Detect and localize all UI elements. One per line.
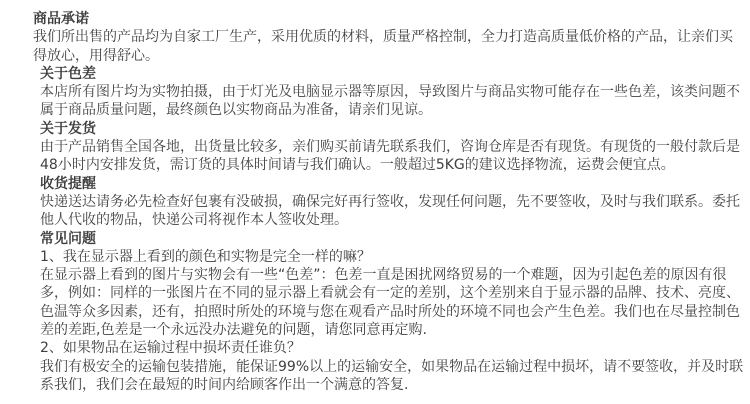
paragraph-line: 快递送达请务必先检查好包裹有没破损，确保完好再行签收，发现任何问题，先不要签收，… [40, 193, 730, 211]
paragraph-line: 他人代收的物品，快递公司将视作本人签收处理。 [40, 211, 730, 229]
paragraph-line: 我们所出售的产品均为自家工厂生产，采用优质的材料，质量严格控制，全力打造高质量低… [33, 28, 730, 46]
paragraph-line: 属于商品质量问题，最终颜色以实物商品为准备，请亲们见谅。 [40, 101, 730, 119]
section-receiving-reminder: 收货提醒 快递送达请务必先检查好包裹有没破损，确保完好再行签收，发现任何问题，先… [0, 175, 750, 230]
faq-question-2: 2、如果物品在运输过程中损坏责任谁负？ [40, 339, 730, 357]
faq-answer-1-line: 在显示器上看到的图片与实物会有一些“色差”：色差一直是困扰网络贸易的一个难题，因… [40, 266, 730, 284]
section-heading: 常见问题 [40, 230, 730, 248]
faq-answer-1-line: 色温等众多因素，还有，拍照时所处的环境与您在观看产品时所处的环境不同也会产生色差… [40, 303, 730, 321]
section-heading: 收货提醒 [40, 175, 730, 193]
faq-answer-2-line: 我们有极安全的运输包装措施，能保证99%以上的运输安全，如果物品在运输过程中损坏… [40, 358, 730, 376]
paragraph-line: 由于产品销售全国各地，出货量比较多，亲们购买前请先联系我们，咨询仓库是否有现货。… [40, 138, 730, 156]
section-heading: 关于发货 [40, 120, 730, 138]
faq-answer-2-line: 系我们，我们会在最短的时间内给顾客作出一个满意的答复. [40, 376, 730, 394]
section-shipping: 关于发货 由于产品销售全国各地，出货量比较多，亲们购买前请先联系我们，咨询仓库是… [0, 120, 750, 175]
faq-answer-1-line: 差的差距,色差是一个永远没办法避免的问题，请您同意再定购. [40, 321, 730, 339]
paragraph-line: 48小时内安排发货，需订货的具体时间请与我们确认。一般超过5KG的建议选择物流，… [40, 156, 730, 174]
paragraph-line: 本店所有图片均为实物拍摄，由于灯光及电脑显示器等原因，导致图片与商品实物可能存在… [40, 83, 730, 101]
faq-answer-1-line: 多，例如：同样的一张图片在不同的显示器上看就会有一定的差别，这个差别来自于显示器… [40, 284, 730, 302]
paragraph-line: 得放心，用得舒心。 [33, 47, 730, 65]
faq-question-1: 1、我在显示器上看到的颜色和实物是完全一样的嘛？ [40, 248, 730, 266]
section-heading: 关于色差 [40, 65, 730, 83]
section-heading: 商品承诺 [33, 10, 730, 28]
section-color-difference: 关于色差 本店所有图片均为实物拍摄，由于灯光及电脑显示器等原因，导致图片与商品实… [0, 65, 750, 120]
section-product-promise: 商品承诺 我们所出售的产品均为自家工厂生产，采用优质的材料，质量严格控制，全力打… [0, 10, 750, 65]
product-description-document: 商品承诺 我们所出售的产品均为自家工厂生产，采用优质的材料，质量严格控制，全力打… [0, 0, 750, 404]
section-faq: 常见问题 1、我在显示器上看到的颜色和实物是完全一样的嘛？ 在显示器上看到的图片… [0, 230, 750, 395]
